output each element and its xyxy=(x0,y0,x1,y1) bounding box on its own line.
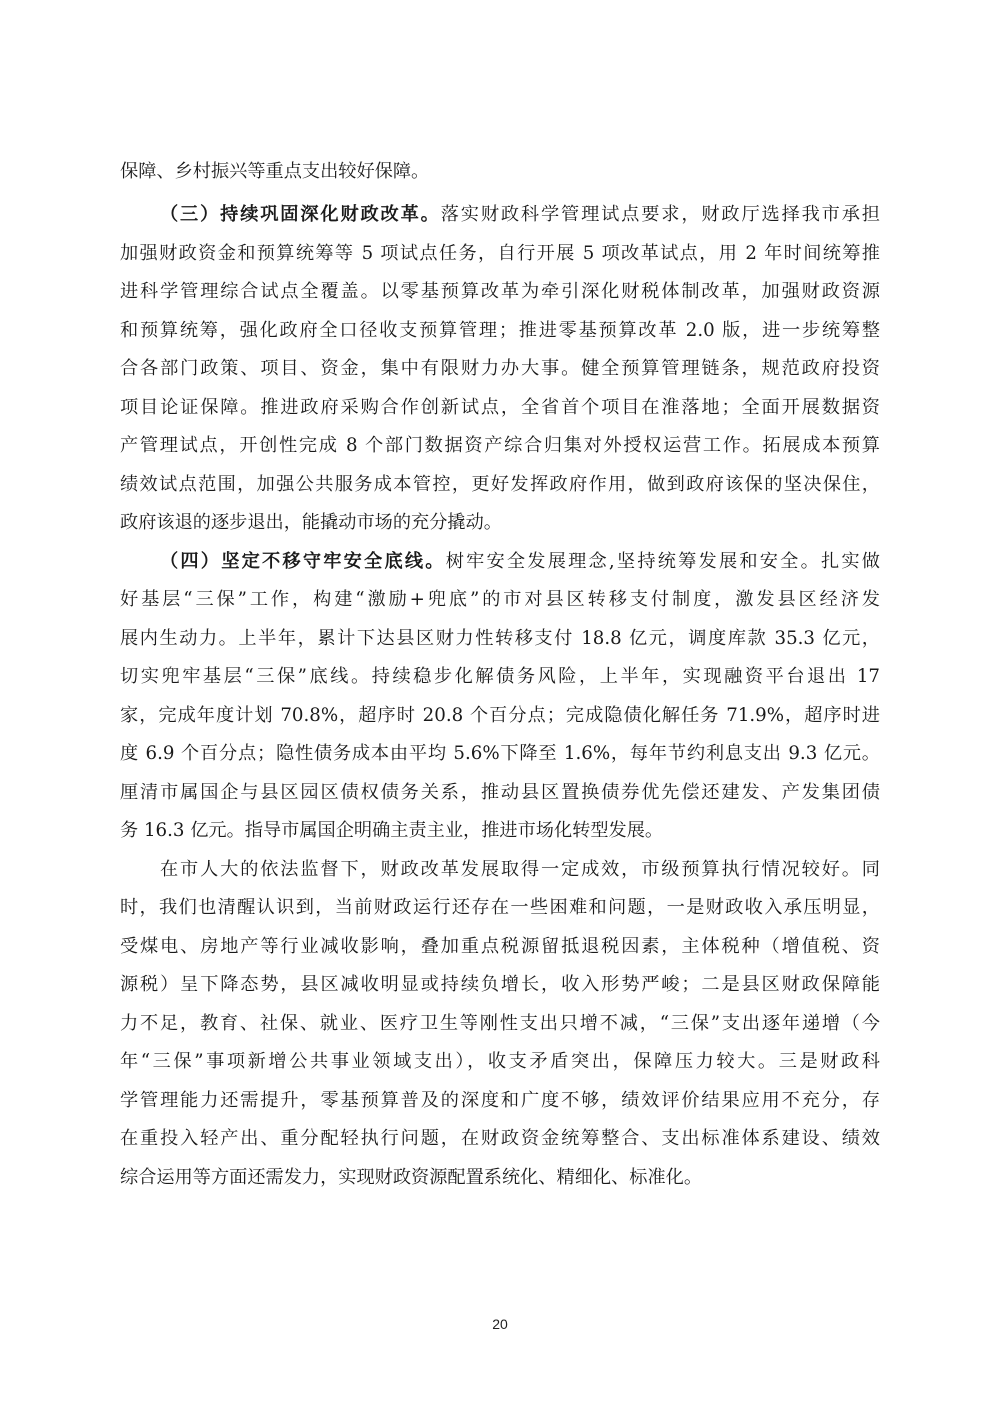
section-heading: （四）坚定不移守牢安全底线。 xyxy=(160,551,446,572)
paragraph-line: 学管理能力还需提升，零基预算普及的深度和广度不够，绩效评价结果应用不充分，存 xyxy=(120,1082,880,1120)
paragraph-line: 务 16.3 亿元。指导市属国企明确主责主业，推进市场化转型发展。 xyxy=(120,812,880,850)
paragraph-line: 综合运用等方面还需发力，实现财政资源配置系统化、精细化、标准化。 xyxy=(120,1159,880,1197)
paragraph-line: 好基层“三保”工作，构建“激励+兜底”的市对县区转移支付制度，激发县区经济发 xyxy=(120,581,880,619)
paragraph-line: 切实兜牢基层“三保”底线。持续稳步化解债务风险，上半年，实现融资平台退出 17 xyxy=(120,658,880,696)
page-number: 20 xyxy=(0,1316,1000,1332)
section-heading-line: （三）持续巩固深化财政改革。落实财政科学管理试点要求，财政厅选择我市承担 xyxy=(160,196,880,234)
paragraph-line: 厘清市属国企与县区园区债权债务关系，推动县区置换债券优先偿还建发、产发集团债 xyxy=(120,774,880,812)
paragraph-line: 加强财政资金和预算统筹等 5 项试点任务，自行开展 5 项改革试点，用 2 年时… xyxy=(120,235,880,273)
paragraph-line: 在重投入轻产出、重分配轻执行问题，在财政资金统筹整合、支出标准体系建设、绩效 xyxy=(120,1120,880,1158)
paragraph-line: 政府该退的逐步退出，能撬动市场的充分撬动。 xyxy=(120,504,880,542)
paragraph-line: 合各部门政策、项目、资金，集中有限财力办大事。健全预算管理链条，规范政府投资 xyxy=(120,350,880,388)
section-heading: （三）持续巩固深化财政改革。 xyxy=(160,204,441,225)
document-page: 保障、乡村振兴等重点支出较好保障。 （三）持续巩固深化财政改革。落实财政科学管理… xyxy=(0,0,1000,1415)
paragraph-line: 项目论证保障。推进政府采购合作创新试点，全省首个项目在淮落地；全面开展数据资 xyxy=(120,389,880,427)
section-heading-line: （四）坚定不移守牢安全底线。树牢安全发展理念,坚持统筹发展和安全。扎实做 xyxy=(160,543,880,581)
paragraph-line: 在市人大的依法监督下，财政改革发展取得一定成效，市级预算执行情况较好。同 xyxy=(160,851,880,889)
paragraph-line: 绩效试点范围，加强公共服务成本管控，更好发挥政府作用，做到政府该保的坚决保住， xyxy=(120,466,880,504)
paragraph-line: 受煤电、房地产等行业减收影响，叠加重点税源留抵退税因素，主体税种（增值税、资 xyxy=(120,928,880,966)
paragraph-line: 源税）呈下降态势，县区减收明显或持续负增长，收入形势严峻；二是县区财政保障能 xyxy=(120,966,880,1004)
paragraph-line: 年“三保”事项新增公共事业领域支出），收支矛盾突出，保障压力较大。三是财政科 xyxy=(120,1043,880,1081)
paragraph-line: 产管理试点，开创性完成 8 个部门数据资产综合归集对外授权运营工作。拓展成本预算 xyxy=(120,427,880,465)
paragraph-line: 进科学管理综合试点全覆盖。以零基预算改革为牵引深化财税体制改革，加强财政资源 xyxy=(120,273,880,311)
paragraph-line: 保障、乡村振兴等重点支出较好保障。 xyxy=(120,153,880,191)
paragraph-line: 展内生动力。上半年，累计下达县区财力性转移支付 18.8 亿元，调度库款 35.… xyxy=(120,620,880,658)
paragraph-line: 时，我们也清醒认识到，当前财政运行还存在一些困难和问题，一是财政收入承压明显， xyxy=(120,889,880,927)
paragraph-line: 和预算统筹，强化政府全口径收支预算管理；推进零基预算改革 2.0 版，进一步统筹… xyxy=(120,312,880,350)
paragraph-line: 度 6.9 个百分点；隐性债务成本由平均 5.6%下降至 1.6%，每年节约利息… xyxy=(120,735,880,773)
paragraph-line: 力不足，教育、社保、就业、医疗卫生等刚性支出只增不减，“三保”支出逐年递增（今 xyxy=(120,1005,880,1043)
paragraph-line: 家，完成年度计划 70.8%，超序时 20.8 个百分点；完成隐债化解任务 71… xyxy=(120,697,880,735)
